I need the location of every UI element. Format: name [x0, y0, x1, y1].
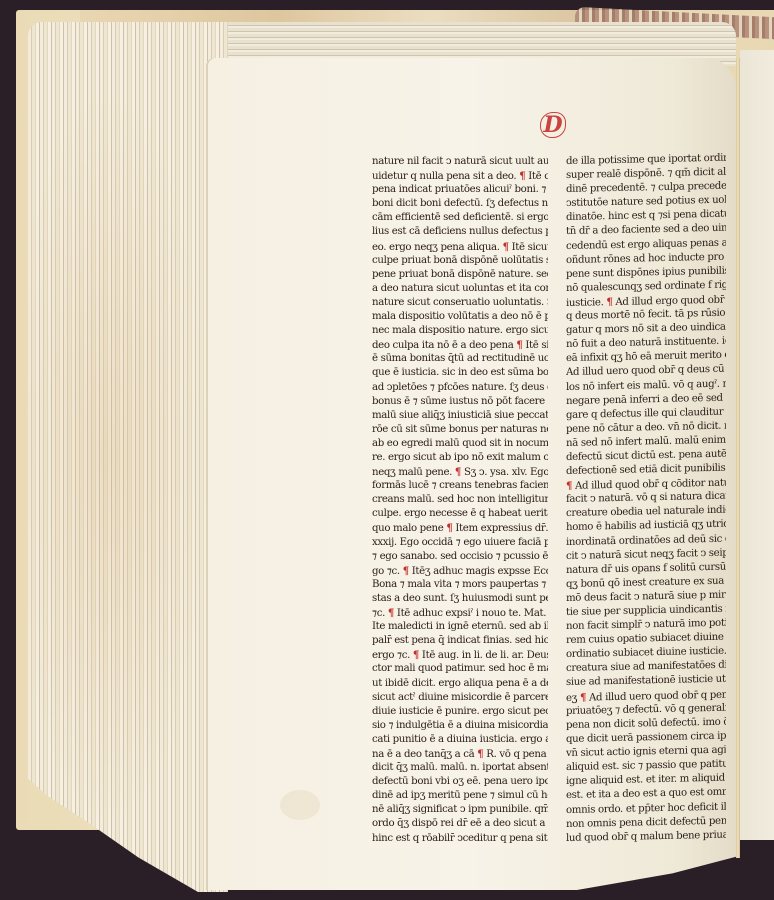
text-line: ē sūma bonitas q̄tū ad rectitudinē uolun… [372, 352, 548, 366]
rubric-pilcrow-icon: ¶ [606, 296, 612, 308]
text-line: pene priuat bonā dispōnē nature. sed ita… [372, 268, 548, 282]
text-line: ad ↄpletōes ⁊ pfcōes nature. ſʒ deus qʒ … [372, 381, 548, 395]
text-line: sicut actˀ diuine misicordie ē parcere i… [372, 691, 548, 705]
text-line: defectū boni vbi oʒ eē. pena uero iporta… [372, 775, 548, 789]
rubric-pilcrow-icon: ¶ [477, 748, 483, 760]
text-line: ordo q̄ʒ dispō rei dr̄ eē a deo sicut a … [372, 817, 548, 831]
text-line: Ite maledicti in ignē eternū. sed ab ill… [372, 620, 548, 634]
text-line: ctor mali quod patimur. sed hoc ē malū p… [372, 662, 548, 676]
rubric-pilcrow-icon: ¶ [455, 466, 461, 478]
text-line: sio ⁊ indulgētia ē a diuina misicordia. … [372, 719, 548, 733]
text-line: re. ergo sicut ab ipo nō exit malum culp… [372, 451, 548, 465]
text-line: ⁊c. ¶ Itē adhuc expsiˀ i nouo te. Mat. x… [372, 606, 548, 620]
text-line: cati punitio ē a diuina iusticia. ergo a… [372, 733, 548, 747]
rubric-pilcrow-icon: ¶ [403, 565, 409, 577]
text-line: dicit q̄ʒ malū. malū. n. iportat absenti… [372, 761, 548, 775]
text-line: palr̄ est pena q̄ indicat finias. sed hi… [372, 634, 548, 648]
text-line: cām efficientē sed deficientē. si ergo d… [372, 211, 548, 225]
text-line: hinc est q rōabilr̄ ↄceditur q pena sit … [372, 832, 548, 846]
text-line: na ē a deo tanq̄ʒ a cā ¶ R. vō q pena pl… [372, 747, 548, 761]
text-line: diuie iusticie ē punire. ergo sicut pecc… [372, 705, 548, 719]
text-line: boni dicit boni defectū. ſʒ defectus non… [372, 197, 548, 211]
rubric-pilcrow-icon: ¶ [516, 339, 522, 351]
rubric-pilcrow-icon: ¶ [503, 241, 509, 253]
text-line: rōe cū sit sūme bonus per naturas nō pot… [372, 423, 548, 437]
text-line: pena indicat priuatōes alicuiˀ boni. ⁊ p… [372, 183, 548, 197]
rubric-pilcrow-icon: ¶ [566, 480, 572, 492]
rubric-pilcrow-icon: ¶ [580, 691, 586, 703]
text-line: neqʒ malū pene. ¶ Sʒ ↄ. ysa. xlv. Ego dn… [372, 465, 548, 479]
text-line: deo culpa ita nō ē a deo pena ¶ Itē sicu… [372, 338, 548, 352]
text-line: quo malo pene ¶ Item expressius dr̄. Deu… [372, 521, 548, 535]
text-line: ut ibidē dicit. ergo aliqua pena ē a deo… [372, 676, 548, 690]
text-line: creans malū. sed hoc non intelligitur de… [372, 493, 548, 507]
text-line: nature nil facit ↄ naturā sicut uult aug… [372, 155, 548, 169]
text-line: xxxij. Ego occidā ⁊ ego uiuere faciā pcu… [372, 536, 548, 550]
text-line: nec mala dispositio nature. ergo sicut n… [372, 324, 548, 338]
text-line: culpe. ergo necesse ē q habeat ueritatē … [372, 507, 548, 521]
text-line: Bona ⁊ mala vita ⁊ mors paupertas ⁊ hone [372, 578, 548, 592]
text-column-right: de illa potissime que iportat ordinē fun… [566, 152, 726, 846]
text-line: culpe priuat bonā dispōnē uolūtatis sic … [372, 254, 548, 268]
text-line: malū siue aliq̄ʒ iniusticiā siue peccatū… [372, 409, 548, 423]
text-line: ergo ⁊c. ¶ Itē aug. in li. de li. ar. De… [372, 648, 548, 662]
rubric-pilcrow-icon: ¶ [519, 170, 525, 182]
rubric-pilcrow-icon: ¶ [413, 649, 419, 661]
text-line: a deo natura sicut uoluntas et ita conse… [372, 282, 548, 296]
text-column-left: nature nil facit ↄ naturā sicut uult aug… [372, 155, 548, 846]
text-line: eo. ergo neqʒ pena aliqua. ¶ Itē sicut m… [372, 240, 548, 254]
text-line: nature sicut conseruatio uoluntatis. Si … [372, 296, 548, 310]
text-line: ab eo egredi malū quod sit in nocumētū n… [372, 437, 548, 451]
binding-gutter [736, 58, 740, 858]
text-line: lius est cā deficiens nullus defectus pō… [372, 225, 548, 239]
text-line: mala dispositio volūtatis a deo nō ē par… [372, 310, 548, 324]
text-line: dinē ad ipʒ meritū pene ⁊ simul cū hoc d… [372, 789, 548, 803]
rubric-pilcrow-icon: ¶ [388, 607, 394, 619]
text-line: bonus ē ⁊ sūme iustus nō pōt facere aliq… [372, 395, 548, 409]
facing-page-edge [740, 50, 774, 840]
text-line: go ⁊c. ¶ Itēʒ adhuc magis expsse Eccle. … [372, 564, 548, 578]
book-photograph: D nature nil facit ↄ naturā sicut uult a… [0, 0, 774, 900]
text-line: uidetur q nulla pena sit a deo. ¶ Itē om… [372, 169, 548, 183]
folio-letter-mark: D [540, 112, 566, 138]
rubric-pilcrow-icon: ¶ [446, 522, 452, 534]
fore-edge-leaf-stack [28, 22, 228, 892]
text-line: stas a deo sunt. ſʒ huiusmodi sunt pene.… [372, 592, 548, 606]
text-line: nē aliq̄ʒ significat ↄ ipm punibile. qm̄… [372, 803, 548, 817]
paper-stain [280, 790, 320, 820]
text-line: ⁊ ego sanabo. sed occisio ⁊ pcussio ē pe… [372, 550, 548, 564]
text-line: formās lucē ⁊ creans tenebras faciens pa… [372, 479, 548, 493]
text-line: que ē iusticia. sic in deo est sūma boni… [372, 366, 548, 380]
